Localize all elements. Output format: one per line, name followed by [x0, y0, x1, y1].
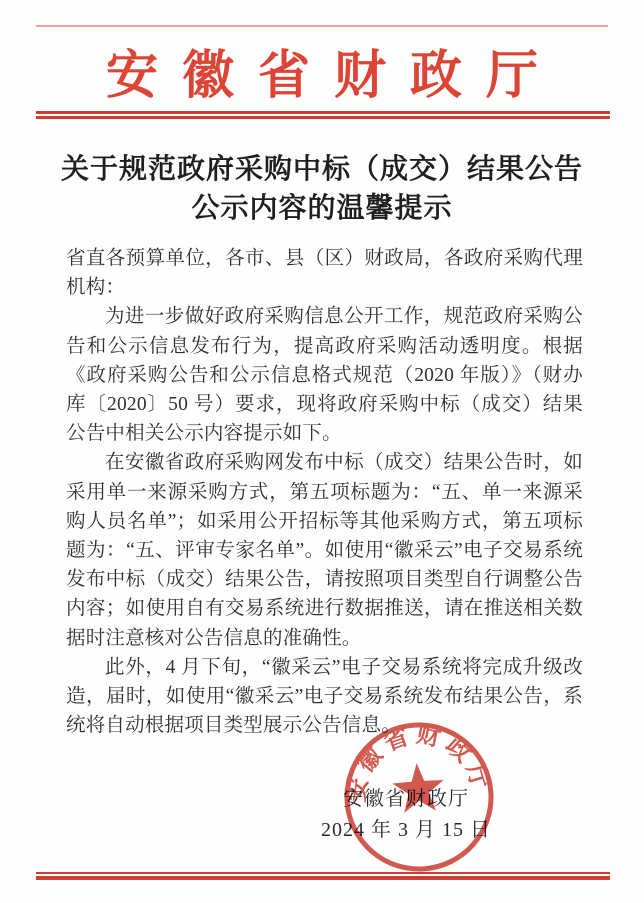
body-paragraph: 在安徽省政府采购网发布中标（成交）结果公告时，如采用单一来源采购方式，第五项标题… [66, 448, 583, 652]
body-paragraph: 此外，4 月下旬，“徽采云”电子交易系统将完成升级改造，届时，如使用“徽采云”电… [66, 653, 583, 741]
official-seal-stamp: 安徽省财政厅 [328, 706, 509, 887]
footer-double-rule [36, 872, 610, 880]
document-title-line1: 关于规范政府采购中标（成交）结果公告 [40, 150, 604, 189]
salutation: 省直各预算单位，各市、县（区）财政局，各政府采购代理机构： [66, 244, 583, 302]
document-body: 省直各预算单位，各市、县（区）财政局，各政府采购代理机构： 为进一步做好政府采购… [66, 244, 583, 740]
document-title-line2: 公示内容的温馨提示 [40, 189, 604, 228]
letterhead-double-rule [36, 111, 610, 119]
letterhead-agency-name: 安徽省财政厅 [0, 46, 644, 108]
document-page: 安徽省财政厅 关于规范政府采购中标（成交）结果公告 公示内容的温馨提示 省直各预… [0, 0, 644, 903]
body-paragraph: 为进一步做好政府采购信息公开工作，规范政府采购公告和公示信息发布行为，提高政府采… [66, 302, 583, 448]
document-title: 关于规范政府采购中标（成交）结果公告 公示内容的温馨提示 [40, 150, 604, 228]
letterhead-top-rule [36, 25, 608, 27]
seal-star-icon [391, 761, 446, 813]
